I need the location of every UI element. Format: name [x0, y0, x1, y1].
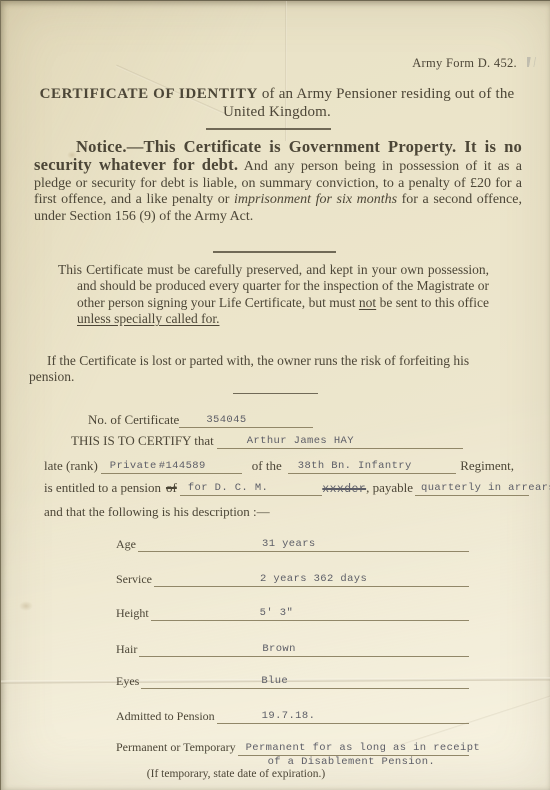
description-row-eyes: Eyes Blue — [116, 673, 469, 689]
rank-regiment-row: late (rank) Private #144589 of the 38th … — [44, 458, 514, 474]
title-bold-part: CERTIFICATE OF IDENTITY — [40, 86, 258, 102]
certify-row: THIS IS TO CERTIFY that Arthur James HAY — [71, 433, 463, 449]
hair-label: Hair — [116, 642, 139, 657]
pension-purpose-value: for D. C. M. — [188, 482, 268, 494]
pension-row: is entitled to a pension of for D. C. M.… — [44, 480, 529, 496]
service-number-value: #144589 — [159, 460, 206, 472]
preserve-underlined-called-for: unless specially called for. — [77, 311, 219, 326]
permanent-or-temporary-label: Permanent or Temporary — [116, 740, 238, 755]
scanned-document: { "form": { "form_number": "Army Form D.… — [0, 0, 550, 790]
pension-terms-line: quarterly in arrears. — [415, 480, 529, 496]
name-line: Arthur James HAY — [217, 433, 463, 449]
of-the-label: of the — [242, 458, 286, 474]
notice-italic-text: imprisonment for six months — [234, 192, 397, 207]
pension-terms-value: quarterly in arrears. — [421, 482, 550, 494]
temporary-footnote: (If temporary, state date of expiration.… — [36, 768, 436, 780]
age-label: Age — [116, 537, 138, 552]
document-title: CERTIFICATE OF IDENTITY of an Army Pensi… — [31, 85, 523, 121]
permanent-line: Permanent for as long as in receipt of a… — [238, 740, 469, 756]
service-line: 2 years 362 days — [154, 571, 469, 587]
title-rest-part: of an Army Pensioner residing out of the… — [223, 86, 514, 120]
permanent-value-line1: Permanent for as long as in receipt — [246, 742, 481, 754]
divider-rule — [233, 393, 318, 394]
hair-line: Brown — [139, 641, 469, 657]
age-line: 31 years — [138, 536, 469, 552]
description-row-age: Age 31 years — [116, 536, 469, 552]
preserve-text-2: be sent to this office — [376, 295, 489, 310]
eyes-label: Eyes — [116, 674, 141, 689]
age-value: 31 years — [262, 538, 316, 550]
lost-paragraph: If the Certificate is lost or parted wit… — [29, 353, 515, 386]
height-value: 5' 3" — [260, 607, 294, 619]
certificate-number-value: 354045 — [206, 414, 246, 426]
rank-line: Private #144589 — [101, 458, 242, 474]
struck-word-of: of — [166, 480, 177, 496]
rank-label: late (rank) — [44, 458, 98, 474]
description-row-height: Height 5' 3" — [116, 605, 469, 621]
payable-label: , payable — [366, 480, 413, 496]
rank-value: Private — [110, 460, 157, 472]
pension-purpose-line: for D. C. M. — [180, 480, 322, 496]
description-row-hair: Hair Brown — [116, 641, 469, 657]
pension-prefix-label: is entitled to a pension — [44, 480, 161, 496]
admitted-line: 19.7.18. — [217, 708, 469, 724]
divider-rule — [213, 251, 336, 253]
pensioner-name: Arthur James HAY — [247, 435, 354, 447]
certificate-number-label: No. of Certificate — [88, 412, 179, 428]
description-row-admitted: Admitted to Pension 19.7.18. — [116, 708, 469, 724]
height-label: Height — [116, 606, 151, 621]
unit-value: 38th Bn. Infantry — [298, 460, 412, 472]
admitted-to-pension-label: Admitted to Pension — [116, 709, 217, 724]
preserve-underlined-not: not — [359, 295, 376, 310]
preserve-paragraph: This Certificate must be carefully prese… — [58, 262, 489, 328]
eyes-line: Blue — [141, 673, 469, 689]
form-number: Army Form D. 452. — [412, 56, 517, 71]
description-row-service: Service 2 years 362 days — [116, 571, 469, 587]
pencil-mark — [527, 57, 543, 67]
regiment-label: Regiment, — [460, 458, 514, 474]
height-line: 5' 3" — [151, 605, 469, 621]
paper-stain — [19, 601, 33, 611]
certificate-number-line: 354045 — [179, 412, 313, 428]
hair-value: Brown — [262, 643, 296, 655]
admitted-value: 19.7.18. — [262, 710, 316, 722]
service-value: 2 years 362 days — [260, 573, 367, 585]
notice-paragraph: Notice.—This Certificate is Government P… — [34, 139, 522, 225]
struck-word-under: xxxder — [322, 483, 366, 496]
description-intro: and that the following is his descriptio… — [44, 504, 270, 520]
divider-rule — [206, 128, 331, 130]
permanent-value-line2: of a Disablement Pension. — [268, 756, 436, 768]
unit-line: 38th Bn. Infantry — [288, 458, 456, 474]
certify-label: THIS IS TO CERTIFY that — [71, 433, 214, 449]
service-label: Service — [116, 572, 154, 587]
eyes-value: Blue — [261, 675, 288, 687]
certificate-number-row: No. of Certificate 354045 — [88, 412, 313, 428]
